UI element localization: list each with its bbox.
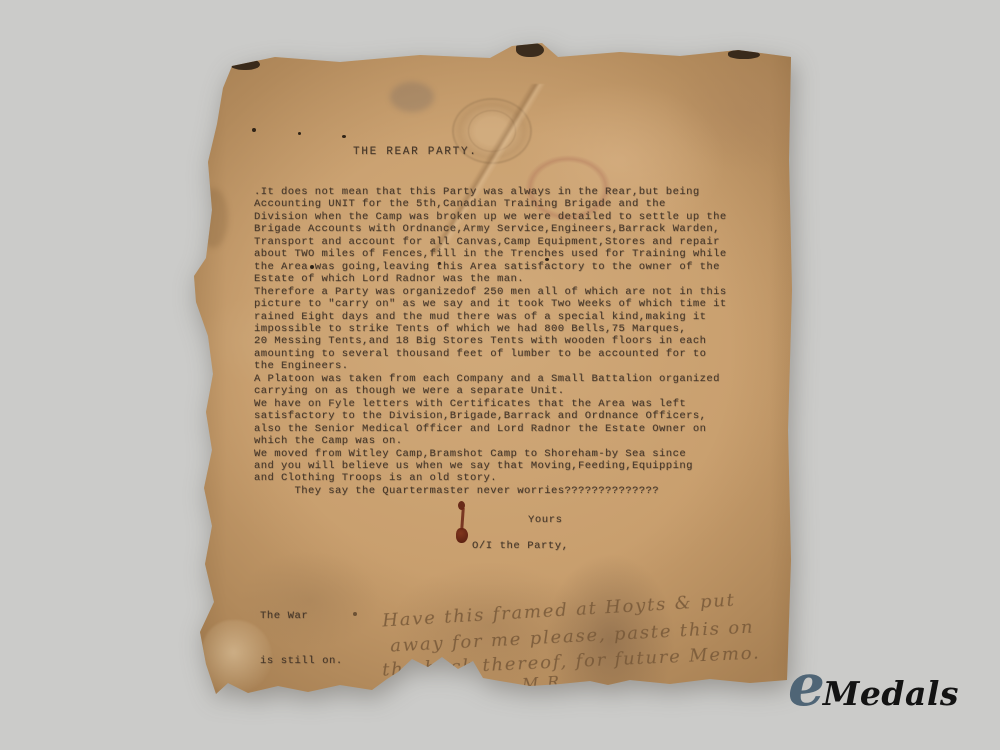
- closing-signature: O/I the Party,: [472, 540, 569, 552]
- emedals-e-glyph: e: [788, 656, 823, 714]
- typed-line: picture to "carry on" as we say and it t…: [254, 298, 727, 310]
- photo-stage: THE REAR PARTY. .It does not mean that t…: [0, 0, 1000, 750]
- edge-smudge: [198, 188, 228, 248]
- typed-line: Estate of which Lord Radnor was the man.: [254, 273, 727, 285]
- typed-line: and Clothing Troops is an old story.: [254, 472, 727, 484]
- typed-line: We moved from Witley Camp,Bramshot Camp …: [254, 448, 727, 460]
- ink-drip-blob: [456, 528, 468, 543]
- typed-line: Accounting UNIT for the 5th,Canadian Tra…: [254, 198, 727, 210]
- charred-edge-top-right: [728, 50, 760, 59]
- typed-line: also the Senior Medical Officer and Lord…: [254, 423, 727, 435]
- typed-line: rained Eight days and the mud there was …: [254, 311, 727, 323]
- typed-line: Transport and account for all Canvas,Cam…: [254, 236, 727, 248]
- typed-line: about TWO miles of Fences,fill in the Tr…: [254, 248, 727, 260]
- ink-drip-mark: [453, 501, 471, 545]
- typed-line: impossible to strike Tents of which we h…: [254, 323, 727, 335]
- paper-sheet-shadow: THE REAR PARTY. .It does not mean that t…: [190, 40, 800, 700]
- typed-line: amounting to several thousand feet of lu…: [254, 348, 727, 360]
- charred-edge-top-center: [516, 42, 544, 57]
- typed-line: which the Camp was on.: [254, 435, 727, 447]
- typed-line: Division when the Camp was broken up we …: [254, 211, 727, 223]
- typed-line: the Engineers.: [254, 360, 727, 372]
- pen-dot: [353, 612, 357, 616]
- typed-line: 20 Messing Tents,and 18 Big Stores Tents…: [254, 335, 727, 347]
- postscript-line: is still on.: [260, 654, 343, 669]
- typed-line: the Area was going,leaving this Area sat…: [254, 261, 727, 273]
- ink-drip-stem: [460, 508, 464, 530]
- typed-line: and you will believe us when we say that…: [254, 460, 727, 472]
- postscript-line: The War: [260, 609, 343, 624]
- handwritten-initials: M.R.: [521, 671, 568, 693]
- typed-line: Therefore a Party was organizedof 250 me…: [254, 286, 727, 298]
- paper-speck: [298, 132, 301, 135]
- paper-speck: [342, 135, 346, 138]
- postscript-war-note: The War is still on.: [260, 579, 343, 699]
- typed-line: carrying on as though we were a separate…: [254, 385, 727, 397]
- document-body: .It does not mean that this Party was al…: [254, 186, 727, 497]
- charred-edge-top-left: [230, 58, 260, 70]
- closing-yours: Yours: [528, 514, 563, 526]
- paper-speck: [252, 128, 256, 132]
- emedals-name-text: Medals: [823, 677, 959, 710]
- typed-line: satisfactory to the Division,Brigade,Bar…: [254, 410, 727, 422]
- paper-sheet: THE REAR PARTY. .It does not mean that t…: [190, 40, 800, 700]
- document-title: THE REAR PARTY.: [353, 146, 478, 158]
- typed-line: Brigade Accounts with Ordnance,Army Serv…: [254, 223, 727, 235]
- typed-line: .It does not mean that this Party was al…: [254, 186, 727, 198]
- typed-line: A Platoon was taken from each Company an…: [254, 373, 727, 385]
- typed-line: They say the Quartermaster never worries…: [254, 485, 727, 497]
- emedals-watermark: e Medals: [788, 656, 959, 714]
- typed-line: We have on Fyle letters with Certificate…: [254, 398, 727, 410]
